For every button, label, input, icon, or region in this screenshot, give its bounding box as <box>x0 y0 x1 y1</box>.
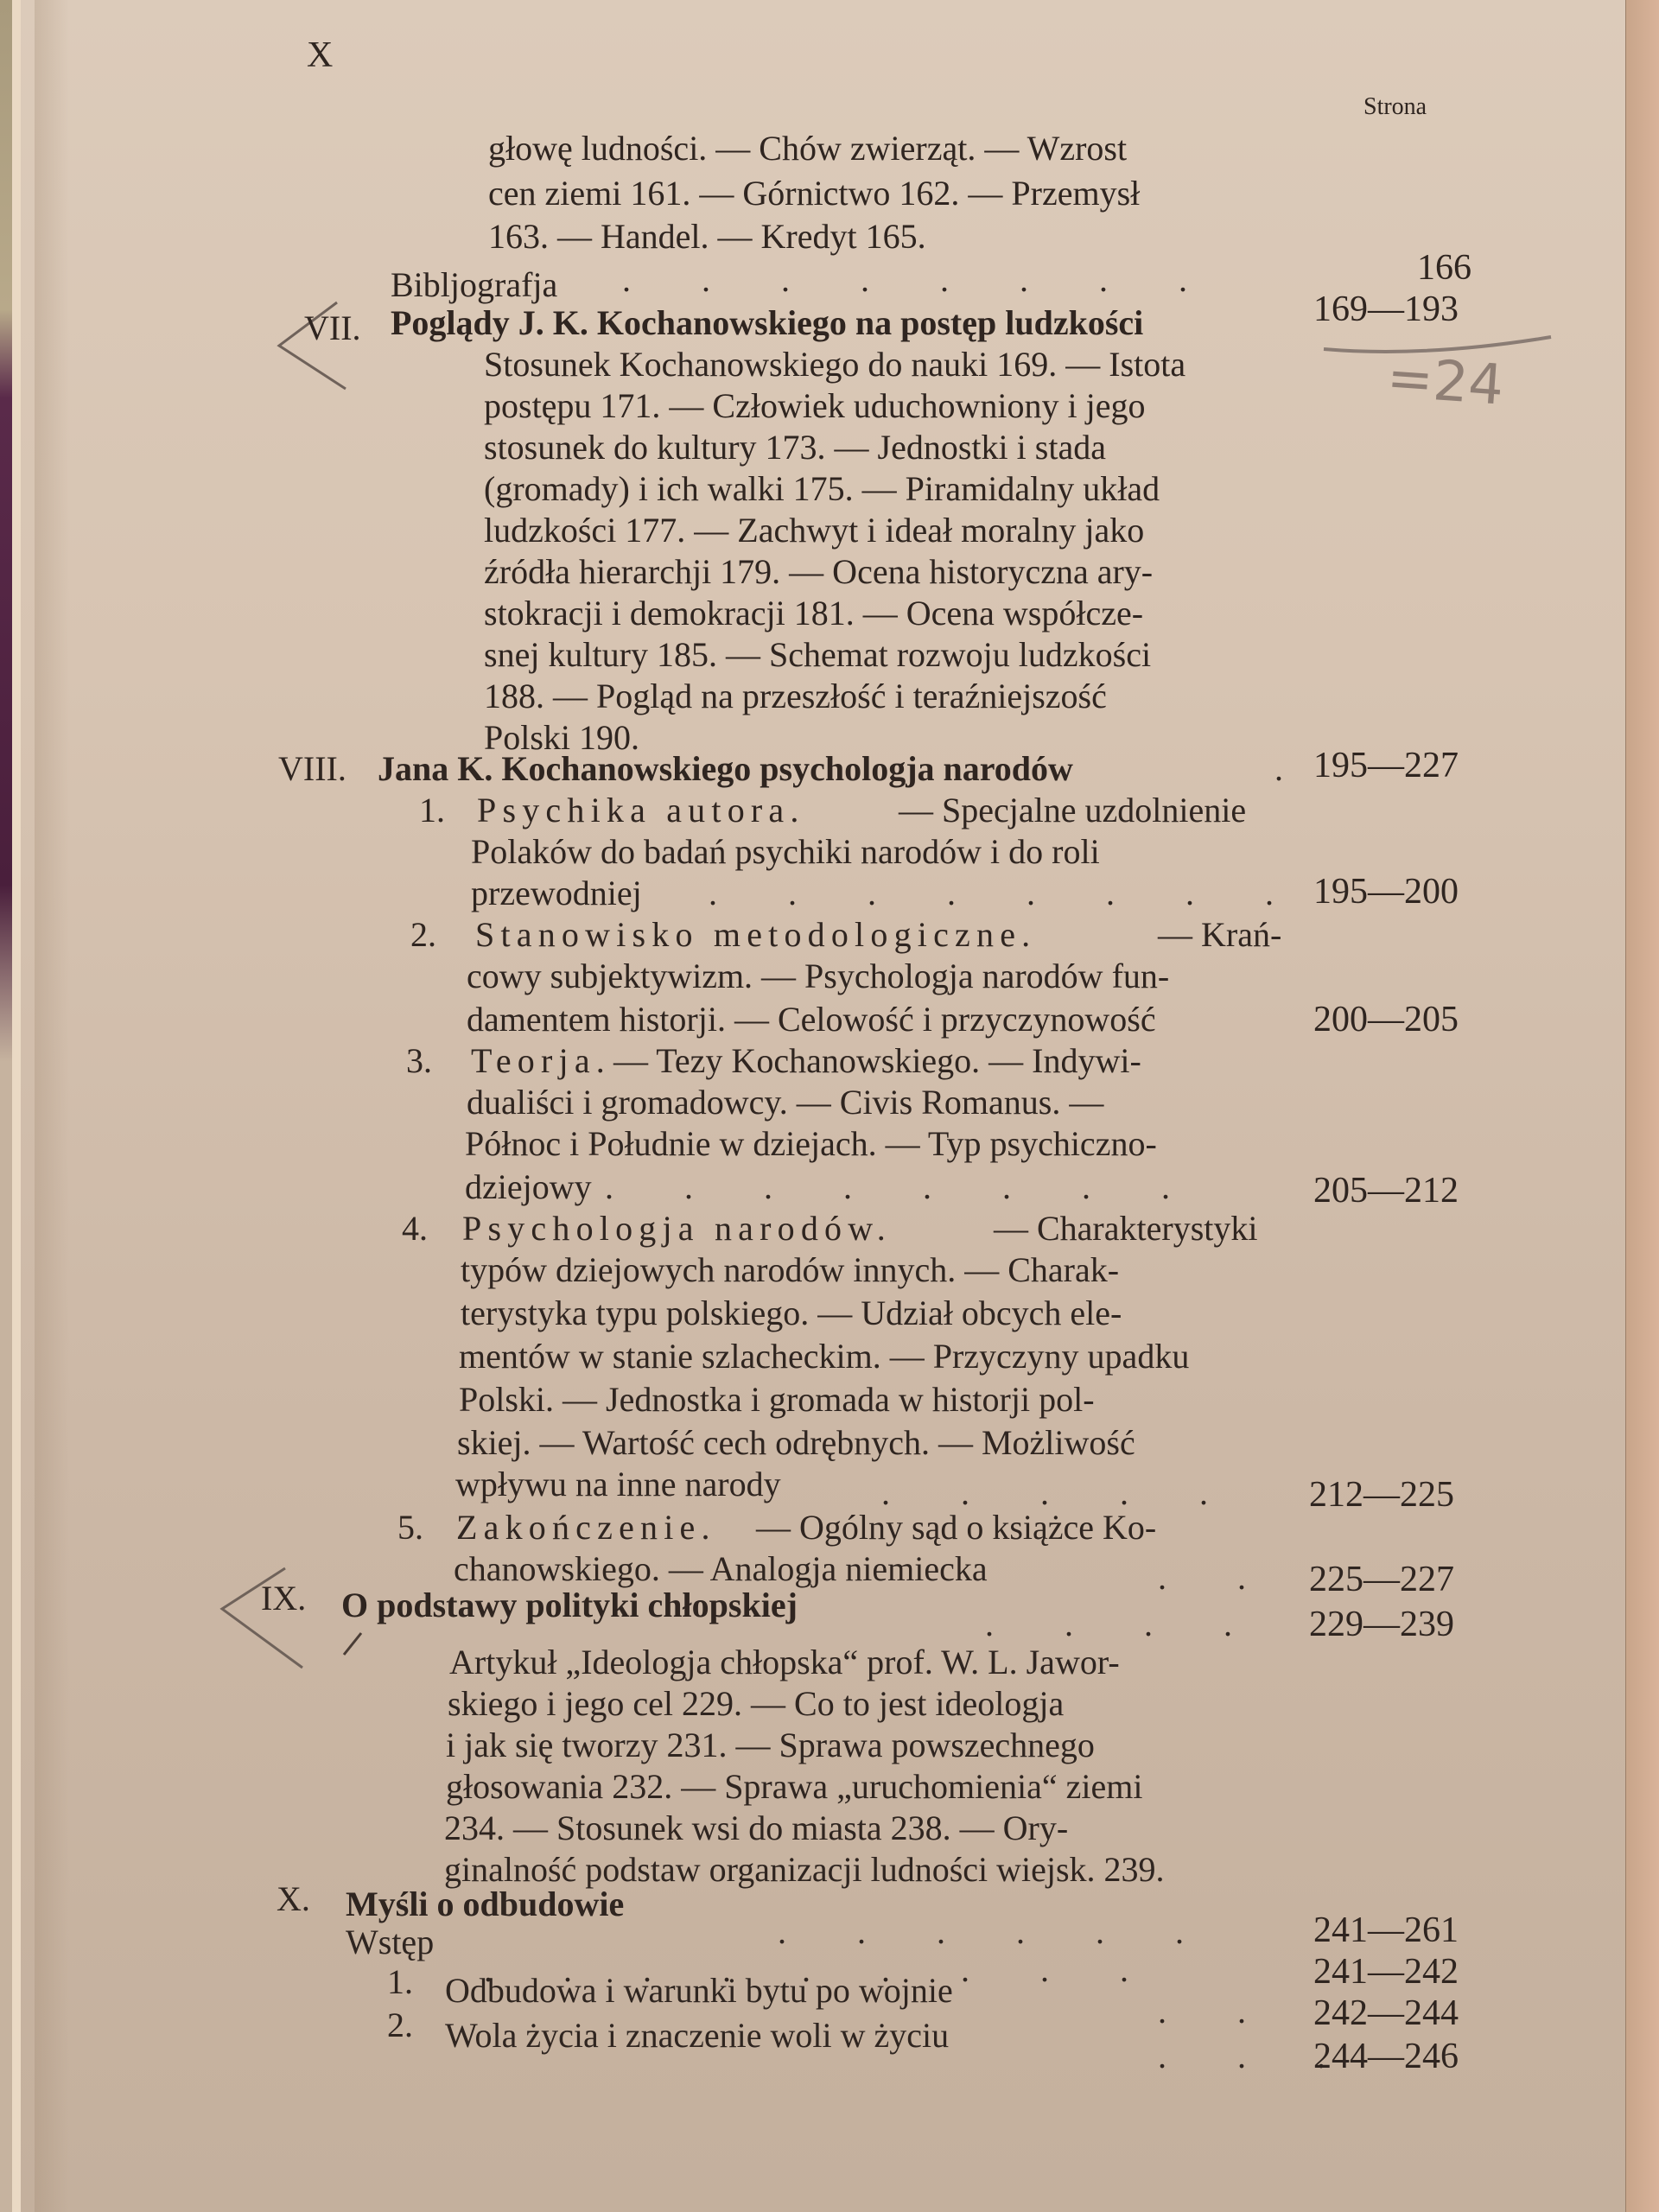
page-range: 205—212 <box>1313 1170 1459 1211</box>
text-line: Stosunek Kochanowskiego do nauki 169. — … <box>484 344 1185 385</box>
chapter-title: Jana K. Kochanowskiego psychologja narod… <box>378 748 1073 790</box>
subsection-number: 2. <box>410 914 436 956</box>
leader-dots: . . . . <box>985 1604 1263 1645</box>
subsection-heading: Zakończenie. <box>456 1507 716 1548</box>
text-line: wpływu na inne narody <box>455 1464 781 1505</box>
leader-dots: . . <box>1158 1991 1277 2032</box>
chapter-title: Poglądy J. K. Kochanowskiego na postęp l… <box>391 302 1143 344</box>
page-range: 241—242 <box>1313 1951 1459 1993</box>
chapter-numeral: X. <box>276 1878 310 1920</box>
text-line: Polaków do badań psychiki narodów i do r… <box>471 831 1100 873</box>
text-line: głosowania 232. — Sprawa „uruchomienia“ … <box>446 1766 1142 1808</box>
page-range: 195—200 <box>1313 871 1459 912</box>
entry-label: Wstęp <box>346 1922 434 1963</box>
chapter-numeral: VII. <box>304 308 361 349</box>
text-line: terystyka typu polskiego. — Udział obcyc… <box>461 1293 1122 1334</box>
subsection-number: 5. <box>397 1507 423 1548</box>
text-line: 234. — Stosunek wsi do miasta 238. — Ory… <box>444 1808 1068 1849</box>
page-range: 244—246 <box>1313 2036 1459 2077</box>
text-line: — Tezy Kochanowskiego. — Indywi- <box>613 1040 1141 1082</box>
text-line: dziejowy <box>465 1166 592 1208</box>
subsection-number: 3. <box>406 1040 432 1082</box>
page-range: 242—244 <box>1313 1993 1459 2034</box>
entry-label: Odbudowa i warunki bytu po wojnie <box>445 1970 953 2012</box>
leader-dots: . . . . . . . . <box>605 1166 1201 1208</box>
leader-dots: . . . . . . <box>778 1911 1215 1953</box>
page-range: 200—205 <box>1313 999 1459 1040</box>
chapter-title: O podstawy polityki chłopskiej <box>341 1585 798 1626</box>
text-line: 188. — Pogląd na przeszłość i teraźniejs… <box>484 676 1107 717</box>
text-line: dualiści i gromadowcy. — Civis Romanus. … <box>467 1082 1103 1123</box>
text-line: snej kultury 185. — Schemat rozwoju ludz… <box>484 634 1151 676</box>
text-line: — Charakterystyki <box>994 1208 1258 1249</box>
leader-dots: . . . . . . . . <box>709 873 1305 914</box>
entry-label: Wola życia i znaczenie woli w życiu <box>445 2015 949 2056</box>
text-line: skiego i jego cel 229. — Co to jest ideo… <box>448 1683 1064 1725</box>
text-line: cen ziemi 161. — Górnictwo 162. — Przemy… <box>488 173 1140 214</box>
text-line: stosunek do kultury 173. — Jednostki i s… <box>484 427 1106 468</box>
subsection-number: 4. <box>402 1208 428 1249</box>
text-line: i jak się tworzy 231. — Sprawa powszechn… <box>446 1725 1095 1766</box>
page-range: 241—261 <box>1313 1910 1459 1951</box>
subsection-heading: Psychologja narodów. <box>462 1208 892 1249</box>
text-line: Artykuł „Ideologja chłopska“ prof. W. L.… <box>449 1642 1120 1683</box>
text-line: skiej. — Wartość cech odrębnych. — Możli… <box>457 1422 1135 1464</box>
chapter-title: Myśli o odbudowie <box>346 1884 624 1925</box>
text-line: — Krań- <box>1158 914 1281 956</box>
text-line: chanowskiego. — Analogja niemiecka <box>454 1548 988 1590</box>
pencil-tick-icon <box>344 1633 361 1655</box>
subsection-heading: Stanowisko metodologiczne. <box>475 914 1036 956</box>
subsection-number: 1. <box>387 1961 413 2003</box>
text-line: stokracji i demokracji 181. — Ocena wspó… <box>484 593 1143 634</box>
subsection-number: 1. <box>419 790 445 831</box>
text-line: cowy subjektywizm. — Psychologja narodów… <box>467 956 1169 997</box>
text-line: Polski. — Jednostka i gromada w historji… <box>459 1379 1095 1421</box>
subsection-heading: Teorja. <box>471 1040 611 1082</box>
text-line: ludzkości 177. — Zachwyt i ideał moralny… <box>484 510 1144 551</box>
text-line: postępu 171. — Człowiek uduchowniony i j… <box>484 385 1145 427</box>
page-range: 225—227 <box>1309 1559 1454 1600</box>
chapter-numeral: VIII. <box>278 748 346 790</box>
leader-dots: . . . . . . . . <box>622 259 1218 301</box>
page-range: 229—239 <box>1309 1604 1454 1645</box>
text-line: — Ogólny sąd o książce Ko- <box>756 1507 1156 1548</box>
text-line: źródła hierarchji 179. — Ocena historycz… <box>484 551 1153 593</box>
text-line: — Specjalne uzdolnienie <box>899 790 1246 831</box>
chapter-numeral: IX. <box>261 1578 306 1619</box>
leader-dots: . <box>1274 748 1314 790</box>
text-line: damentem historji. — Celowość i przyczyn… <box>467 999 1156 1040</box>
leader-dots: . . <box>1158 1557 1277 1599</box>
text-line: Północ i Południe w dziejach. — Typ psyc… <box>465 1123 1157 1165</box>
page-range: 166 <box>1417 247 1471 289</box>
text-line: typów dziejowych narodów innych. — Chara… <box>461 1249 1119 1291</box>
text-line: mentów w stanie szlacheckim. — Przyczyny… <box>459 1336 1189 1377</box>
page-range: 212—225 <box>1309 1474 1454 1516</box>
page-range: 169—193 <box>1313 289 1459 330</box>
page-range: 195—227 <box>1313 745 1459 786</box>
pencil-note: =24 <box>1385 346 1506 417</box>
column-header-strona: Strona <box>1363 86 1427 128</box>
text-line: 163. — Handel. — Kredyt 165. <box>488 216 926 257</box>
entry-label: Bibljografja <box>391 264 557 306</box>
subsection-number: 2. <box>387 2005 413 2046</box>
text-line: przewodniej <box>471 873 642 914</box>
page-number-roman: X <box>307 35 333 76</box>
subsection-heading: Psychika autora. <box>477 790 805 831</box>
text-line: (gromady) i ich walki 175. — Piramidalny… <box>484 468 1160 510</box>
text-line: głowę ludności. — Chów zwierząt. — Wzros… <box>488 128 1127 169</box>
